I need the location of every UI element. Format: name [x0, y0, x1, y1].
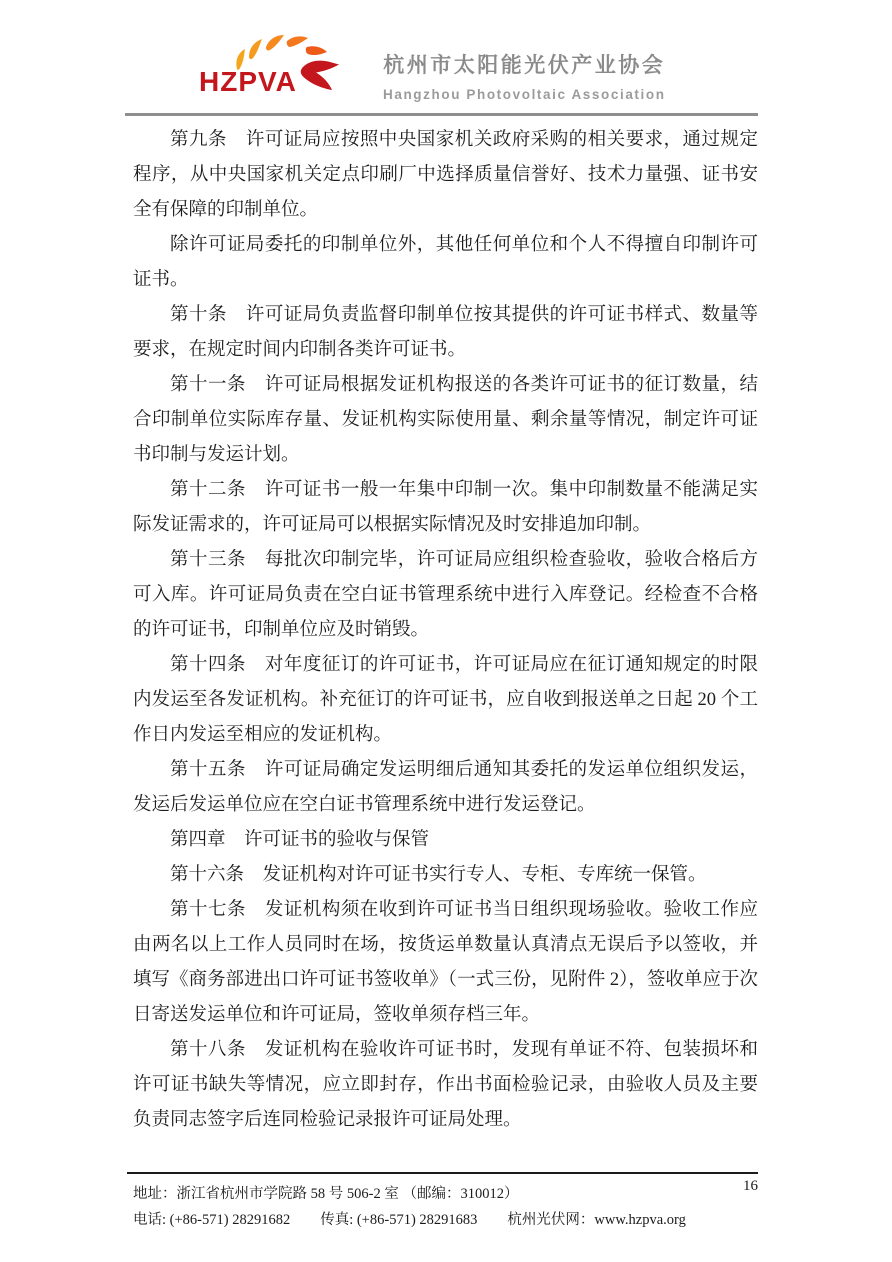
footer-website: 杭州光伏网：www.hzpva.org [507, 1212, 685, 1228]
document-body: 第九条 许可证局应按照中央国家机关政府采购的相关要求，通过规定程序，从中央国家机… [133, 123, 758, 1138]
footer-address-line: 地址：浙江省杭州市学院路 58 号 506-2 室 （邮编：310012） [133, 1181, 758, 1207]
footer-divider [127, 1172, 758, 1174]
letterhead: HZPVA 杭州市太阳能光伏产业协会 Hangzhou Photovoltaic… [199, 33, 666, 102]
footer-fax: 传真: (+86-571) 28291683 [320, 1212, 477, 1228]
body-paragraph: 第四章 许可证书的验收与保管 [133, 823, 758, 858]
body-paragraph: 第九条 许可证局应按照中央国家机关政府采购的相关要求，通过规定程序，从中央国家机… [133, 123, 758, 228]
footer-address: 地址：浙江省杭州市学院路 58 号 506-2 室 （邮编：310012） [133, 1186, 518, 1202]
hzpva-logo: HZPVA [199, 33, 339, 95]
body-paragraph: 第十七条 发证机构须在收到许可证书当日组织现场验收。验收工作应由两名以上工作人员… [133, 893, 758, 1033]
sun-flames-icon: HZPVA [199, 33, 339, 95]
body-paragraph: 第十四条 对年度征订的许可证书，许可证局应在征订通知规定的时限内发运至各发证机构… [133, 648, 758, 753]
body-paragraph: 第十条 许可证局负责监督印制单位按其提供的许可证书样式、数量等要求，在规定时间内… [133, 298, 758, 368]
org-names: 杭州市太阳能光伏产业协会 Hangzhou Photovoltaic Assoc… [383, 33, 666, 102]
body-paragraph: 第十二条 许可证书一般一年集中印制一次。集中印制数量不能满足实际发证需求的，许可… [133, 473, 758, 543]
body-paragraph: 除许可证局委托的印制单位外，其他任何单位和个人不得擅自印制许可证书。 [133, 228, 758, 298]
document-page: HZPVA 杭州市太阳能光伏产业协会 Hangzhou Photovoltaic… [0, 0, 892, 1262]
org-name-cn: 杭州市太阳能光伏产业协会 [383, 49, 666, 79]
body-paragraph: 第十一条 许可证局根据发证机构报送的各类许可证书的征订数量，结合印制单位实际库存… [133, 368, 758, 473]
header-divider [125, 113, 758, 116]
body-paragraph: 第十五条 许可证局确定发运明细后通知其委托的发运单位组织发运，发运后发运单位应在… [133, 753, 758, 823]
body-paragraph: 第十六条 发证机构对许可证书实行专人、专柜、专库统一保管。 [133, 858, 758, 893]
footer-phone: 电话: (+86-571) 28291682 [133, 1212, 290, 1228]
body-paragraph: 第十八条 发证机构在验收许可证书时，发现有单证不符、包装损坏和许可证书缺失等情况… [133, 1033, 758, 1138]
footer-contact-block: 地址：浙江省杭州市学院路 58 号 506-2 室 （邮编：310012） 电话… [133, 1181, 758, 1233]
logo-text: HZPVA [199, 66, 297, 95]
footer-contact-line: 电话: (+86-571) 28291682传真: (+86-571) 2829… [133, 1207, 758, 1233]
org-name-en: Hangzhou Photovoltaic Association [383, 87, 666, 102]
body-paragraph: 第十三条 每批次印制完毕，许可证局应组织检查验收，验收合格后方可入库。许可证局负… [133, 543, 758, 648]
